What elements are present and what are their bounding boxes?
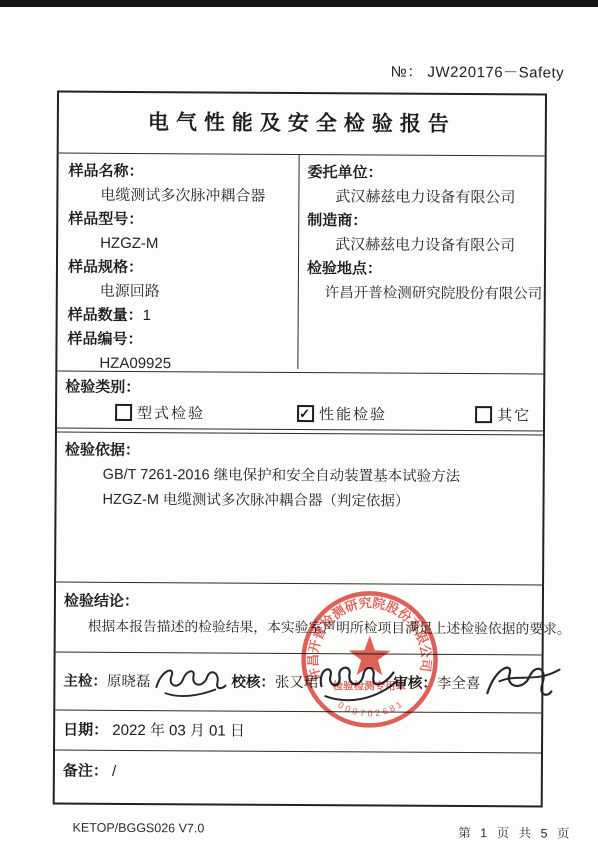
checkbox-performance-inspection: ✓	[297, 405, 314, 422]
date-row: 日期： 2022 年 03 月 01 日	[55, 710, 541, 753]
sample-info-panel: 样品名称： 电缆测试多次脉冲耦合器 样品型号： HZGZ-M 样品规格： 电源回…	[57, 154, 299, 369]
sample-name-value: 电缆测试多次脉冲耦合器	[58, 184, 298, 209]
form-number: KETOP/BGGS026 V7.0	[73, 821, 205, 836]
checker-line: 校核：张又珺	[231, 654, 318, 713]
location-label: 检验地点：	[299, 257, 544, 282]
consignor-label: 委托单位：	[299, 161, 544, 186]
reviewer-line: 审核：李全喜	[393, 655, 480, 714]
checker-label: 校核：	[231, 675, 275, 691]
option-other: 其它	[475, 404, 531, 425]
report-number: №： JW220176－Safety	[391, 61, 565, 83]
checkbox-other	[475, 406, 492, 423]
sample-qty-value: 1	[143, 307, 151, 324]
basis-section: 检验依据： GB/T 7261-2016 继电保护和安全自动装置基本试验方法 H…	[56, 432, 543, 585]
reviewer-signature	[479, 659, 565, 708]
inspector-line: 主检：原晓磊	[63, 653, 150, 712]
basis-line-1: GB/T 7261-2016 继电保护和安全自动装置基本试验方法	[65, 463, 543, 491]
category-section: 检验类别： 型式检验 ✓ 性能检验 其它	[57, 371, 543, 432]
remark-value: /	[112, 763, 116, 780]
scanned-report-page: №： JW220176－Safety 电气性能及安全检验报告 样品名称： 电缆测…	[0, 0, 598, 853]
sample-qty-label: 样品数量：	[68, 307, 143, 324]
date-label: 日期：	[63, 722, 108, 739]
option-type-inspection: 型式检验	[115, 402, 205, 424]
option-performance-inspection-label: 性能检验	[319, 403, 387, 424]
remark-row: 备注： /	[55, 750, 541, 806]
sample-spec-value: 电源回路	[58, 280, 298, 305]
report-table: 电气性能及安全检验报告 样品名称： 电缆测试多次脉冲耦合器 样品型号： HZGZ…	[53, 91, 547, 808]
date-value: 2022 年 03 月 01 日	[112, 722, 245, 740]
checkbox-type-inspection	[115, 404, 132, 421]
conclusion-section: 检验结论： 根据本报告描述的检验结果，本实验室声明所检项目满足上述检验依据的要求…	[56, 582, 542, 655]
remark-label: 备注：	[63, 763, 108, 780]
client-info-panel: 委托单位： 武汉赫兹电力设备有限公司 制造商： 武汉赫兹电力设备有限公司 检验地…	[298, 155, 544, 370]
option-performance-inspection: ✓ 性能检验	[297, 403, 387, 425]
option-other-label: 其它	[497, 404, 531, 425]
category-options: 型式检验 ✓ 性能检验 其它	[65, 402, 543, 426]
info-section: 样品名称： 电缆测试多次脉冲耦合器 样品型号： HZGZ-M 样品规格： 电源回…	[57, 153, 544, 371]
manufacturer-label: 制造商：	[299, 209, 544, 234]
sample-serial-label: 样品编号：	[57, 328, 297, 353]
sample-model-label: 样品型号：	[58, 208, 298, 233]
reviewer-label: 审核：	[393, 676, 437, 692]
manufacturer-value: 武汉赫兹电力设备有限公司	[299, 233, 544, 258]
page-indicator: 第 1 页 共 5 页	[458, 823, 572, 842]
page-title: 电气性能及安全检验报告	[59, 93, 545, 156]
conclusion-text: 根据本报告描述的检验结果，本实验室声明所检项目满足上述检验依据的要求。	[64, 614, 542, 643]
location-value: 许昌开普检测研究院股份有限公司	[299, 281, 544, 306]
sample-qty-line: 样品数量：1	[58, 304, 298, 329]
inspector-label: 主检：	[63, 674, 107, 690]
inspector-signature	[151, 663, 229, 701]
category-label: 检验类别：	[65, 377, 543, 402]
reviewer-name: 李全喜	[437, 676, 481, 692]
checker-name: 张又珺	[275, 675, 319, 691]
basis-line-2: HZGZ-M 电缆测试多次脉冲耦合器（判定依据）	[64, 488, 542, 516]
option-type-inspection-label: 型式检验	[137, 402, 205, 423]
basis-label: 检验依据：	[65, 439, 543, 466]
signoff-section: 主检：原晓磊 校核：张又珺 审核：李全喜	[55, 652, 541, 713]
sample-model-value: HZGZ-M	[58, 232, 298, 257]
consignor-value: 武汉赫兹电力设备有限公司	[299, 185, 544, 210]
inspector-name: 原晓磊	[107, 674, 151, 690]
sample-spec-label: 样品规格：	[58, 256, 298, 281]
conclusion-label: 检验结论：	[64, 590, 542, 617]
sample-name-label: 样品名称：	[58, 160, 298, 185]
checker-signature	[313, 658, 401, 707]
